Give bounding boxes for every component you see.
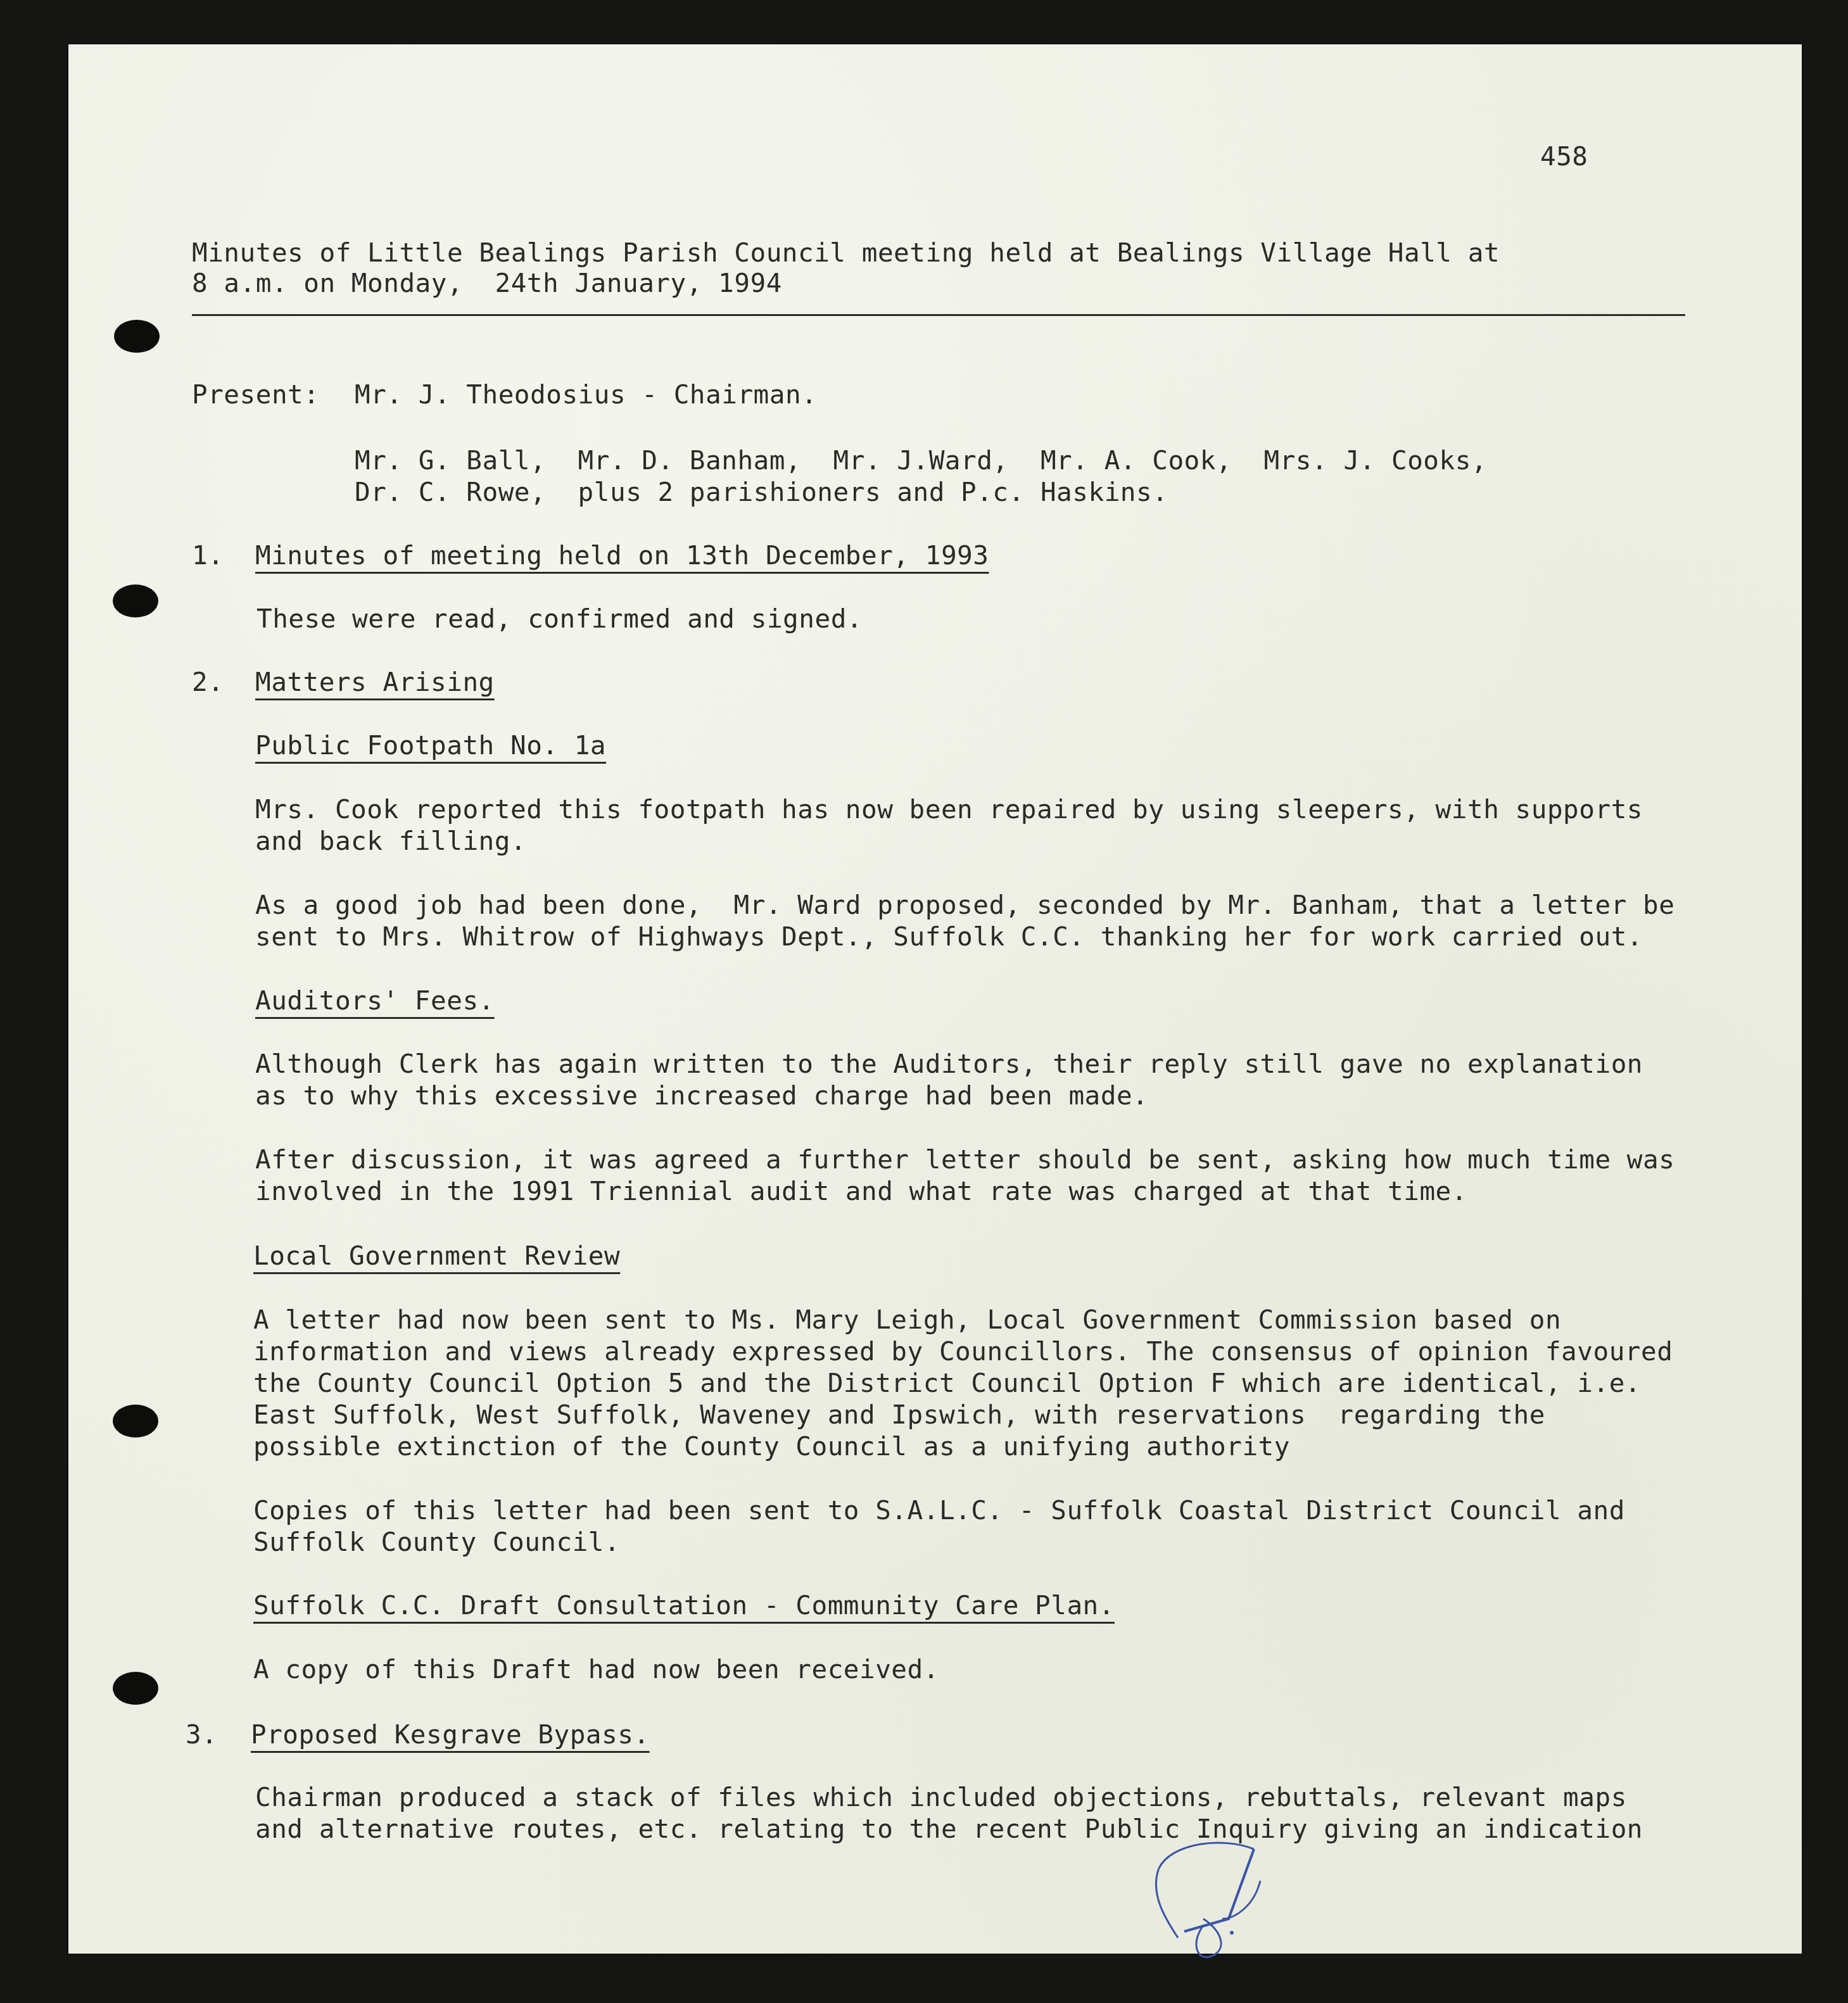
item-paragraph: These were read, confirmed and signed. — [256, 603, 863, 635]
paragraph-line: possible extinction of the County Counci… — [253, 1431, 1290, 1462]
page-number: 458 — [1540, 141, 1588, 172]
paragraph-line: sent to Mrs. Whitrow of Highways Dept., … — [255, 921, 1643, 952]
paragraph-line: Copies of this letter had been sent to S… — [253, 1494, 1625, 1526]
paragraph-line: involved in the 1991 Triennial audit and… — [255, 1175, 1467, 1207]
subsection-heading: Public Footpath No. 1a — [255, 730, 606, 761]
punch-hole — [113, 1405, 158, 1437]
punch-hole — [113, 1672, 158, 1705]
punch-hole — [113, 584, 158, 617]
paragraph-line: A letter had now been sent to Ms. Mary L… — [253, 1304, 1561, 1336]
item-number: 3. — [186, 1719, 217, 1750]
document-title-line-1: Minutes of Little Bealings Parish Counci… — [192, 237, 1500, 269]
subsection-heading: Auditors' Fees. — [255, 985, 495, 1016]
paragraph-line: East Suffolk, West Suffolk, Waveney and … — [253, 1399, 1545, 1431]
paragraph-line: and back filling. — [255, 825, 526, 857]
item-number: 2. — [192, 666, 224, 698]
paragraph-line: Chairman produced a stack of files which… — [255, 1781, 1627, 1813]
paragraph-line: Although Clerk has again written to the … — [255, 1048, 1643, 1080]
present-members-line-2: Dr. C. Rowe, plus 2 parishioners and P.c… — [355, 476, 1168, 508]
paragraph-line: Mrs. Cook reported this footpath has now… — [255, 793, 1643, 825]
present-chairman: Mr. J. Theodosius - Chairman. — [355, 379, 817, 410]
subsection-heading: Suffolk C.C. Draft Consultation - Commun… — [253, 1589, 1115, 1621]
paragraph-line: After discussion, it was agreed a furthe… — [255, 1144, 1674, 1175]
paragraph-line: the County Council Option 5 and the Dist… — [253, 1367, 1641, 1399]
paragraph-line: as to why this excessive increased charg… — [255, 1080, 1148, 1111]
paragraph-line: information and views already expressed … — [253, 1336, 1673, 1367]
punch-hole — [114, 320, 160, 353]
document-title-line-2: 8 a.m. on Monday, 24th January, 1994 — [192, 267, 782, 299]
present-label: Present: — [192, 379, 319, 410]
item-heading: Matters Arising — [255, 666, 495, 698]
present-members-line-1: Mr. G. Ball, Mr. D. Banham, Mr. J.Ward, … — [355, 445, 1487, 476]
paragraph-line: Suffolk County Council. — [253, 1526, 620, 1558]
item-number: 1. — [192, 540, 224, 571]
item-heading: Minutes of meeting held on 13th December… — [255, 540, 989, 571]
subsection-heading: Local Government Review — [253, 1240, 620, 1272]
title-divider — [192, 314, 1685, 316]
paragraph-line: A copy of this Draft had now been receiv… — [253, 1653, 939, 1685]
handwritten-initials-signature — [1146, 1824, 1286, 1963]
paragraph-line: As a good job had been done, Mr. Ward pr… — [255, 889, 1674, 921]
paragraph-line: and alternative routes, etc. relating to… — [255, 1813, 1643, 1845]
item-heading: Proposed Kesgrave Bypass. — [251, 1719, 650, 1750]
